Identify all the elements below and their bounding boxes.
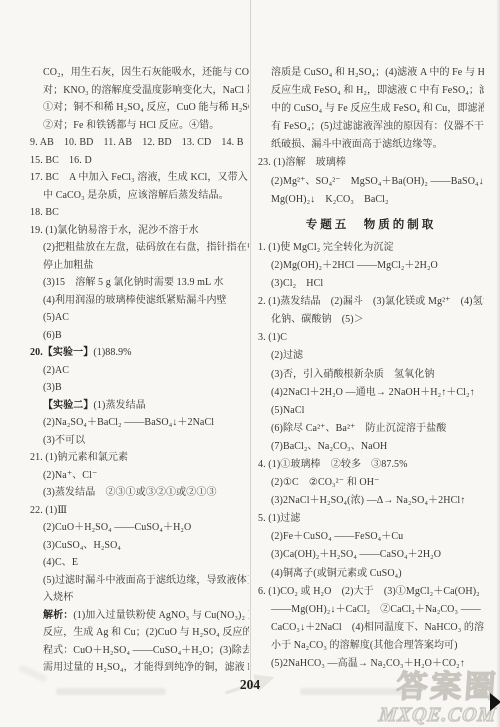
- answer-text-line: (5)NaCl: [258, 402, 484, 420]
- answer-text-line: (2)Fe＋CuSO₄ ——FeSO₄＋Cu: [258, 528, 484, 546]
- answer-text-line: (2)Na⁺、Cl⁻: [30, 467, 249, 485]
- answer-text-line: (2)过滤: [258, 347, 484, 365]
- answer-text-line: CaCO₃↓＋2NaCl (4)相同温度下、NaHCO₃ 的溶解度: [258, 619, 484, 637]
- answer-text-line: (5)AC: [30, 309, 249, 327]
- answer-text-line: (3)Cl₂ HCl: [258, 275, 484, 293]
- answer-text-line: 对；KNO₃ 的溶解度受温度影响变化大，NaCl 影响小。: [30, 82, 249, 100]
- answer-text-line: 4. (1)①玻璃棒 ②较多 ③87.5%: [258, 456, 484, 474]
- answer-text-line: ②对；Fe 和铁锈都与 HCl 反应。④错。: [30, 117, 249, 135]
- answer-text-line: 溶质是 CuSO₄ 和 H₂SO₄；(4)滤液 A 中的 Fe 与 H₂SO₄: [258, 64, 484, 82]
- answer-text-line: (4)C、E: [30, 554, 249, 572]
- answer-text-line: (3)Ca(OH)₂＋H₂SO₄ ——CaSO₄＋2H₂O: [258, 546, 484, 564]
- answer-text-line: (6)B: [30, 327, 249, 345]
- answer-text-line: 需用过量的 H₂SO₄，才能得到纯净的铜，滤液 D 中的: [30, 659, 249, 677]
- answer-text-line: 【实验二】(1)蒸发结晶: [30, 397, 249, 415]
- answer-text-line: (2)Mg²⁺、SO₄²⁻ MgSO₄＋Ba(OH)₂ ——BaSO₄↓＋: [258, 173, 484, 191]
- answer-text-line: CO₂，用生石灰，因生石灰能吸水，还能与 CO₂ 反应。③: [30, 64, 249, 82]
- answer-text-line: (4)利用润湿的玻璃棒使滤纸紧贴漏斗内壁: [30, 292, 249, 310]
- answer-text-line: (2)Na₂SO₄＋BaCl₂ ——BaSO₄↓＋2NaCl: [30, 414, 249, 432]
- answer-text-line: 23. (1)溶解 玻璃棒: [258, 154, 484, 172]
- answer-text-line: ——Mg(OH)₂↓＋CaCl₂ ②CaCl₂＋Na₂CO₃ ——: [258, 601, 484, 619]
- answer-text-line: (7)BaCl₂、Na₂CO₃、NaOH: [258, 438, 484, 456]
- answer-text-line: 3. (1)C: [258, 329, 484, 347]
- answer-text-line: 停止加粗盐: [30, 257, 249, 275]
- answer-text-line: 1. (1)使 MgCl₂ 完全转化为沉淀: [258, 239, 484, 257]
- answer-text-line: 小于 Na₂CO₃ 的溶解度(其他合理答案均可): [258, 637, 484, 655]
- answer-text-line: 19. (1)氯化钠易溶于水，泥沙不溶于水: [30, 222, 249, 240]
- answer-text-line: 程式：CuO＋H₂SO₄ ——CuSO₄＋H₂O；(3)除去 CuO: [30, 642, 249, 660]
- answer-text-line: (4)铜离子(或铜元素或 CuSO₄): [258, 565, 484, 583]
- answer-text-line: 中 CaCO₃ 是杂质，应该溶解后蒸发结晶。: [30, 187, 249, 205]
- scanned-answer-page: CO₂，用生石灰，因生石灰能吸水，还能与 CO₂ 反应。③对；KNO₃ 的溶解度…: [0, 0, 500, 727]
- section-heading: 专题五 物质的制取: [258, 209, 484, 239]
- answer-text-line: (2)把粗盐放在左盘，砝码放在右盘，指针指在中间时: [30, 239, 249, 257]
- answer-text-line: 17. BC A 中加入 FeCl₃ 溶液，生成 KCl，又带入了 Cl⁻；D: [30, 169, 249, 187]
- answer-text-line: (3)2NaCl＋H₂SO₄(浓) —Δ→ Na₂SO₄＋2HCl↑: [258, 492, 484, 510]
- answer-text-line: 反应，生成 Ag 和 Cu；(2)CuO 与 H₂SO₄ 反应的化学方: [30, 624, 249, 642]
- watermark-domain: MXQE.COM: [377, 705, 500, 725]
- answer-text-line: (4)2NaCl＋2H₂O —通电→ 2NaOH＋H₂↑＋Cl₂↑: [258, 384, 484, 402]
- answer-text-line: Mg(OH)₂↓ K₂CO₃ BaCl₂: [258, 191, 484, 209]
- answer-text-line: (6)除尽 Ca²⁺、Ba²⁺ 防止沉淀溶于盐酸: [258, 420, 484, 438]
- answer-text-line: (3)B: [30, 379, 249, 397]
- answer-text-line: (2)CuO＋H₂SO₄ ——CuSO₄＋H₂O: [30, 519, 249, 537]
- answer-text-line: 22. (1)Ⅲ: [30, 502, 249, 520]
- answer-text-line: 解析：(1)加入过量铁粉使 AgNO₃ 与 Cu(NO₃)₂ 充分: [30, 607, 249, 625]
- answer-text-line: (2)Mg(OH)₂＋2HCl ——MgCl₂＋2H₂O: [258, 257, 484, 275]
- answer-text-line: (3)15 溶解 5 g 氯化钠时需要 13.9 mL 水: [30, 274, 249, 292]
- column-divider: [250, 0, 251, 682]
- answer-text-line: 18. BC: [30, 204, 249, 222]
- answer-text-line: (2)①C ②CO₃²⁻ 和 OH⁻: [258, 474, 484, 492]
- answer-text-line: 入烧杯: [30, 589, 249, 607]
- answer-text-line: ①对；铜不和稀 H₂SO₄ 反应，CuO 能与稀 H₂SO₄ 反应，: [30, 99, 249, 117]
- answer-text-line: 纸破损、漏斗中液面高于滤纸边缘等。: [258, 136, 484, 154]
- answer-text-line: 9. AB 10. BD 11. AB 12. BD 13. CD 14. B: [30, 134, 249, 152]
- answer-text-line: (3)不可以: [30, 432, 249, 450]
- answer-text-line: 2. (1)蒸发结晶 (2)漏斗 (3)氯化镁或 Mg²⁺ (4)氢氧: [258, 293, 484, 311]
- answer-text-line: 15. BC 16. D: [30, 152, 249, 170]
- answer-text-line: 20.【实验一】(1)88.9%: [30, 344, 249, 362]
- answer-text-line: 6. (1)CO₂ 或 H₂O (2)大于 (3)①MgCl₂＋Ca(OH)₂: [258, 583, 484, 601]
- answer-text-line: (3)蒸发结晶 ②③①或③②①或②①③: [30, 484, 249, 502]
- left-column: CO₂，用生石灰，因生石灰能吸水，还能与 CO₂ 反应。③对；KNO₃ 的溶解度…: [30, 64, 249, 684]
- answer-text-line: 5. (1)过滤: [258, 510, 484, 528]
- answer-text-line: 化钠、碳酸钠 (5)＞: [258, 311, 484, 329]
- right-column: 溶质是 CuSO₄ 和 H₂SO₄；(4)滤液 A 中的 Fe 与 H₂SO₄反…: [258, 64, 484, 694]
- answer-text-line: 有 FeSO₄；(5)过滤滤液浑浊的原因有：仪器不干净、滤: [258, 118, 484, 136]
- answer-text-line: (5)过滤时漏斗中液面高于滤纸边缘，导致液体直接进: [30, 572, 249, 590]
- answer-text-line: (3)否，引入硝酸根新杂质 氢氧化钠: [258, 366, 484, 384]
- answer-text-line: 21. (1)钠元素和氯元素: [30, 449, 249, 467]
- answer-text-line: (2)AC: [30, 362, 249, 380]
- answer-text-line: (3)CuSO₄、H₂SO₄: [30, 537, 249, 555]
- answer-text-line: 反应生成 FeSO₄ 和 H₂，即滤液 C 中有 FeSO₄；滤液 D: [258, 82, 484, 100]
- page-number: 204: [0, 677, 500, 693]
- answer-text-line: 中的 CuSO₄ 与 Fe 反应生成 FeSO₄ 和 Cu，即滤液 E 中: [258, 100, 484, 118]
- page-edge-mark-icon: [490, 693, 500, 711]
